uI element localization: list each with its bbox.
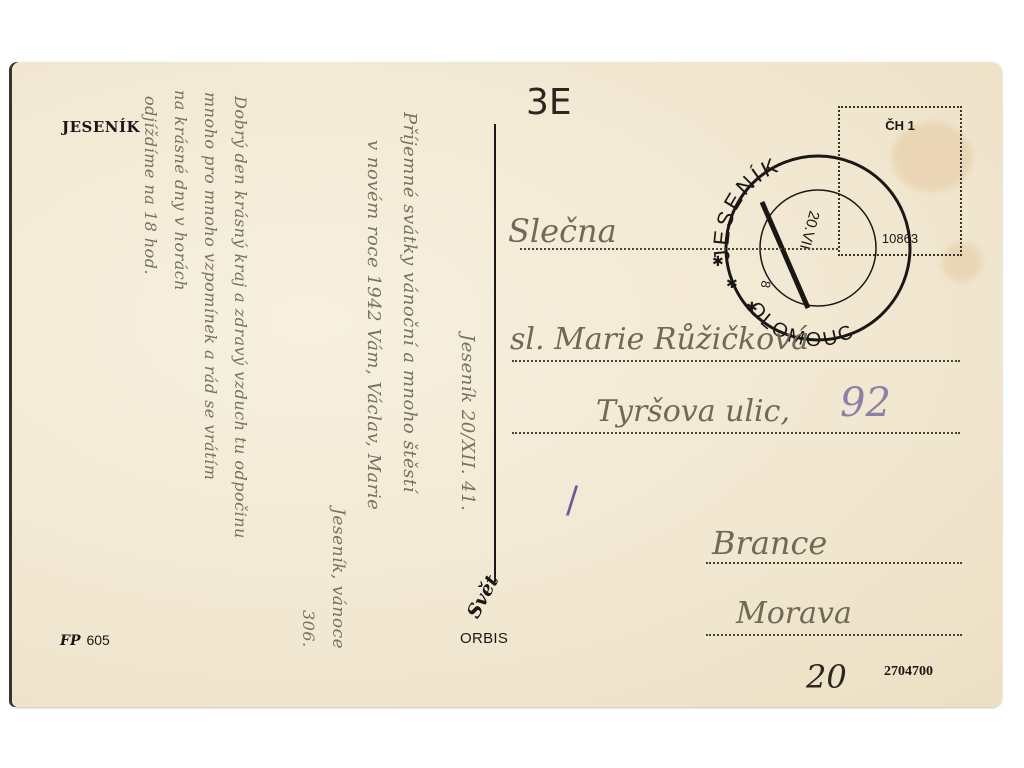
- address-salutation: Slečna: [508, 212, 617, 250]
- postmark-code: 8: [758, 279, 774, 289]
- postmark-bar: [762, 202, 808, 308]
- publisher-code-prefix: FP: [60, 633, 80, 649]
- address-line-4: [706, 562, 962, 564]
- svg-text:JESENÍK: JESENÍK: [708, 152, 784, 262]
- postmark-top-text: JESENÍK: [708, 152, 784, 262]
- message-date-line: Jeseník 20/XII. 41.: [457, 334, 478, 511]
- message-line: Jeseník, vánoce: [328, 508, 348, 649]
- postcard-title: JESENÍK: [62, 118, 140, 136]
- publisher-code: FP605: [60, 632, 110, 649]
- address-street: Tyršova ulic,: [596, 394, 790, 429]
- message-line: odjíždíme na 18 hod.: [141, 96, 160, 275]
- publisher-number: 605: [86, 632, 109, 648]
- postmark-date: 20.VII: [796, 209, 823, 251]
- message-line: v novém roce 1942 Vám, Václav, Marie: [363, 140, 384, 510]
- purple-ink-mark: /: [566, 480, 578, 521]
- address-street-number: 92: [840, 380, 891, 426]
- message-line: Příjemné svátky vánoční a mnoho štěstí: [399, 112, 420, 493]
- star-icon: ✱: [726, 276, 738, 292]
- publisher-name: ORBIS: [460, 630, 508, 647]
- message-line: mnoho pro mnoho vzpomínek a rád se vrátí…: [201, 92, 220, 480]
- publisher-logo: Svět ORBIS: [458, 582, 518, 652]
- star-icon: ✱: [712, 254, 724, 270]
- address-region: Morava: [736, 596, 852, 631]
- address-line-5: [706, 634, 962, 636]
- stamp-box-label: ČH 1: [840, 118, 960, 133]
- message-line: 306.: [299, 610, 318, 648]
- message-address-divider: [494, 124, 496, 582]
- address-line-3: [512, 432, 960, 434]
- address-name: sl. Marie Růžičková: [510, 322, 809, 357]
- message-line: Dobrý den krásný kraj a zdravý vzduch tu…: [231, 96, 250, 539]
- address-city: Brance: [712, 524, 827, 562]
- star-icon: ✱: [746, 300, 758, 316]
- address-line-2: [512, 360, 960, 362]
- handwritten-annotation-top: 3E: [526, 82, 572, 123]
- message-line: na krásné dny v horách: [171, 90, 190, 291]
- serial-number: 2704700: [884, 664, 933, 680]
- handwritten-annotation-bottom: 20: [806, 658, 847, 696]
